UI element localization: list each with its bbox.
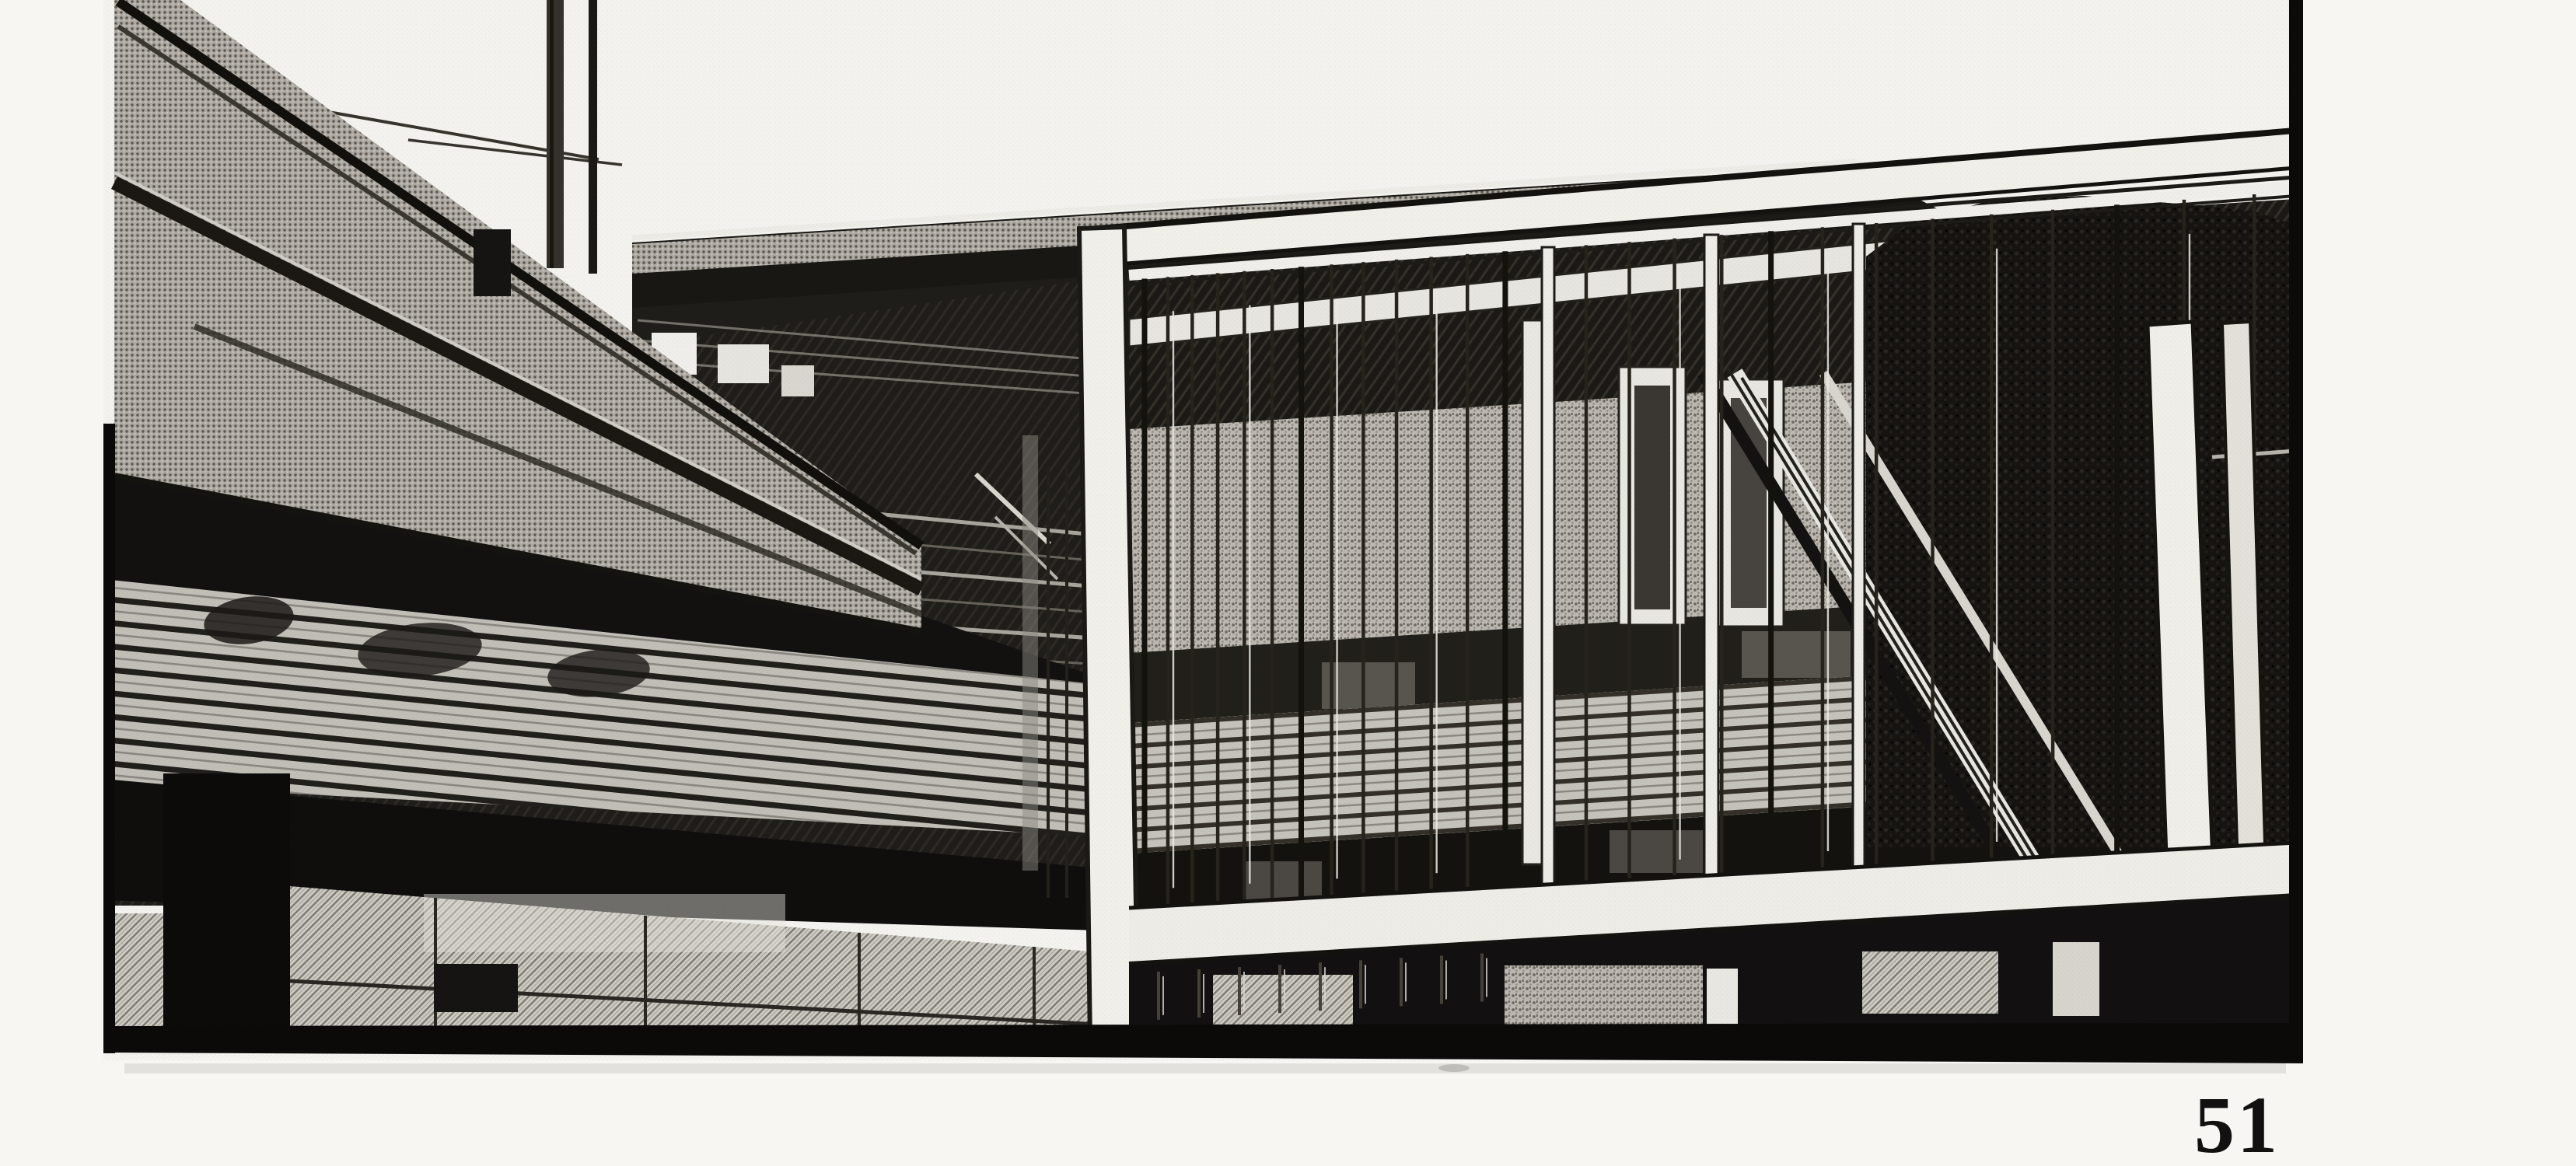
page-number: 51: [2186, 1085, 2288, 1166]
illustration-plate: [0, 0, 2576, 1166]
border-left: [103, 424, 115, 1053]
scan-blur: [124, 1063, 2286, 1073]
border-right: [2289, 0, 2303, 1057]
halftone-grain: [103, 0, 2303, 1060]
book-page: 51: [0, 0, 2576, 1166]
scan-smudge: [1438, 1064, 1470, 1072]
